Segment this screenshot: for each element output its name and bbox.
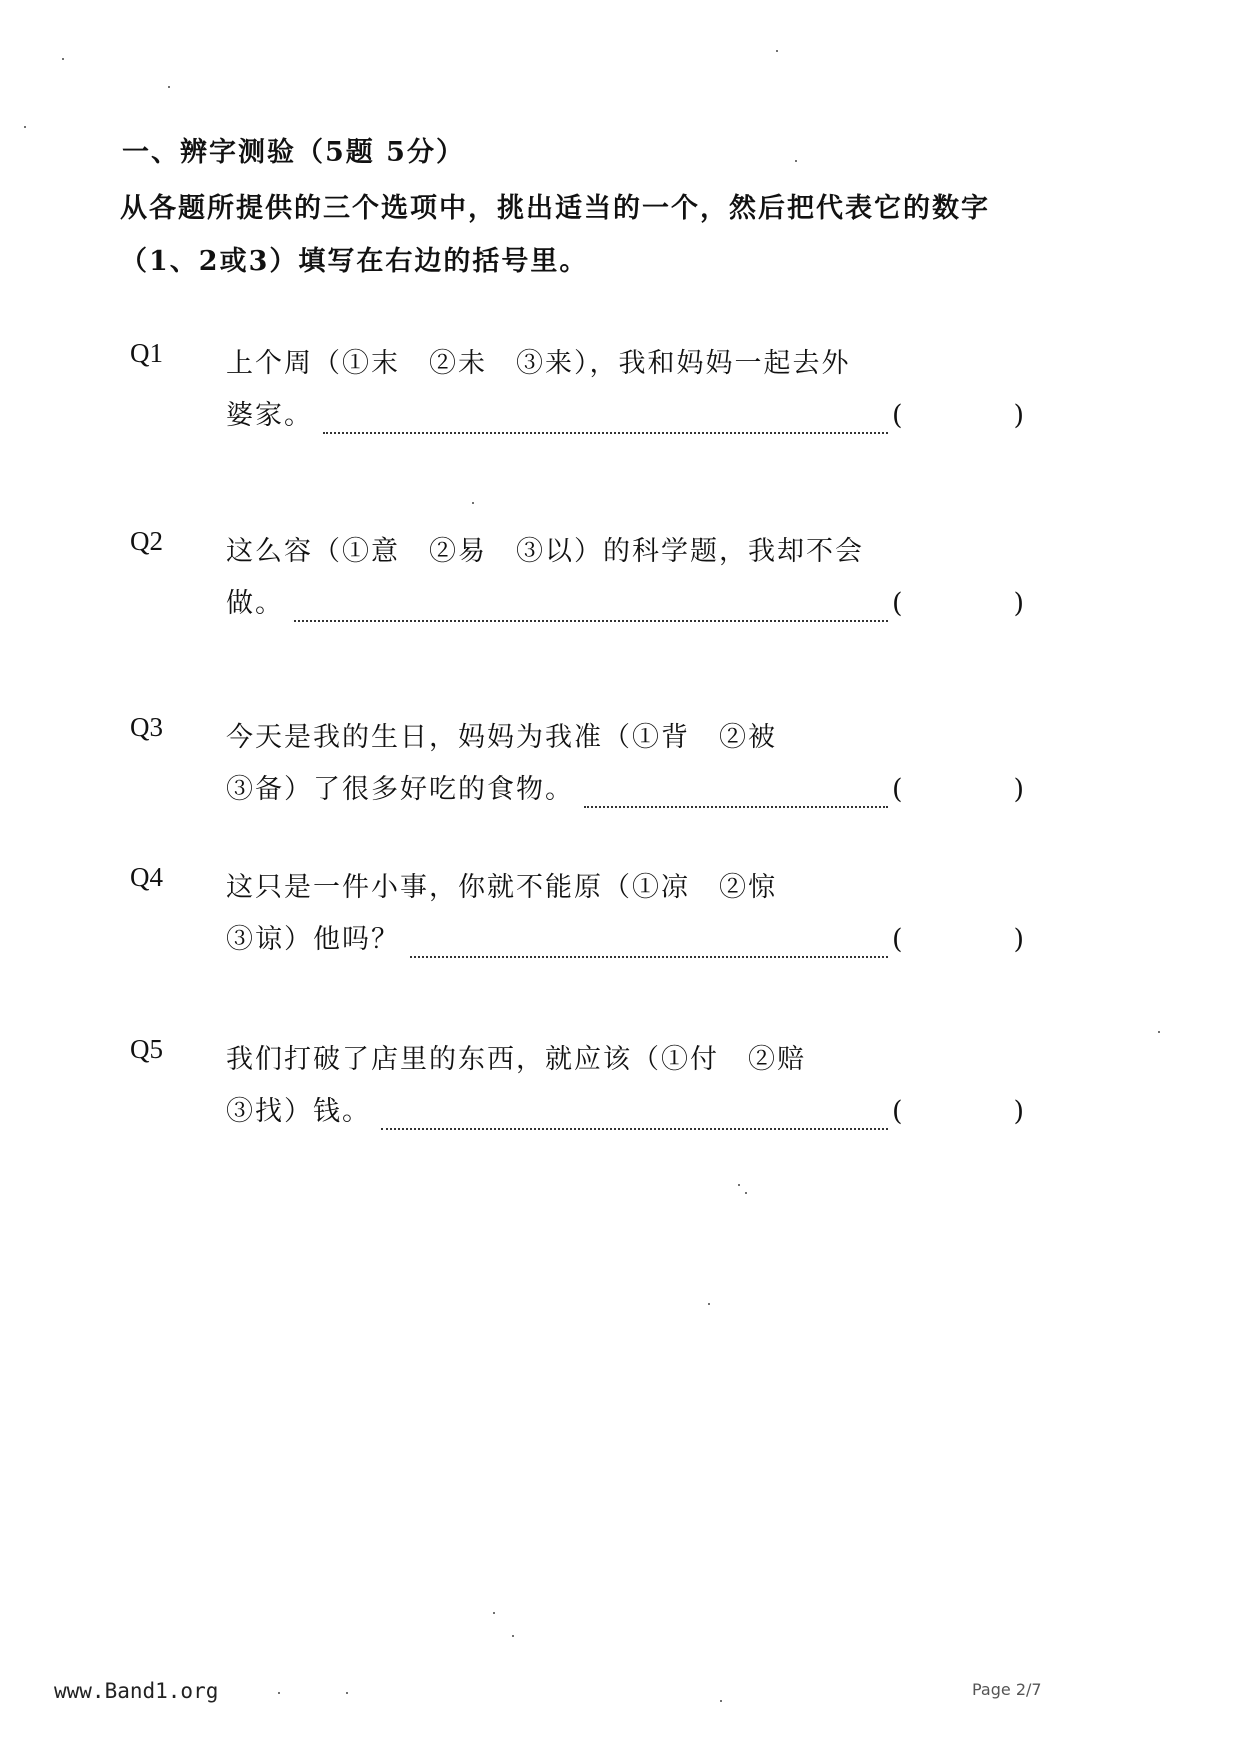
question-number: Q3 (130, 712, 163, 743)
dotted-leader (294, 619, 888, 622)
question-number: Q1 (130, 338, 163, 369)
answer-close-paren: ) (1013, 914, 1026, 966)
question-number: Q2 (130, 526, 163, 557)
scan-speck (24, 126, 26, 128)
answer-open-paren: ( (892, 764, 905, 816)
scan-speck (472, 502, 474, 504)
scan-speck (745, 1192, 747, 1194)
question-body: 我们打破了店里的东西，就应该（①付 ②赔 ③找）钱。 ( ) (226, 1034, 1026, 1138)
question-number: Q5 (130, 1034, 163, 1065)
answer-blank[interactable]: ( ) (892, 390, 1026, 442)
dotted-leader (410, 955, 888, 958)
question-text-line1: 上个周（①末 ②未 ③来），我和妈妈一起去外 (226, 338, 1026, 390)
question-text-line2: 婆家。 (226, 390, 313, 442)
question-text-line2: 做。 (226, 578, 284, 630)
instructions: 从各题所提供的三个选项中，挑出适当的一个，然后把代表它的数字（1、2或3）填写在… (120, 182, 1040, 288)
question-text-line1: 这么容（①意 ②易 ③以）的科学题，我却不会 (226, 526, 1026, 578)
answer-open-paren: ( (892, 914, 905, 966)
scan-speck (346, 1692, 348, 1694)
answer-open-paren: ( (892, 390, 905, 442)
scan-speck (795, 160, 797, 162)
answer-open-paren: ( (892, 578, 905, 630)
dotted-leader (323, 431, 888, 434)
answer-blank[interactable]: ( ) (892, 764, 1026, 816)
scan-speck (738, 1184, 740, 1186)
scan-speck (1158, 1031, 1160, 1033)
scan-speck (168, 86, 170, 88)
question-text-line2-row: ③找）钱。 ( ) (226, 1086, 1026, 1138)
question-body: 这么容（①意 ②易 ③以）的科学题，我却不会 做。 ( ) (226, 526, 1026, 630)
question-text-line1: 这只是一件小事，你就不能原（①凉 ②惊 (226, 862, 1026, 914)
question-text-line2: ③备）了很多好吃的食物。 (226, 764, 574, 816)
question-text-line2-row: 婆家。 ( ) (226, 390, 1026, 442)
question-text-line1: 我们打破了店里的东西，就应该（①付 ②赔 (226, 1034, 1026, 1086)
scan-speck (776, 50, 778, 52)
scan-speck (493, 1612, 495, 1614)
footer-website: www.Band1.org (54, 1679, 218, 1703)
answer-open-paren: ( (892, 1086, 905, 1138)
question-body: 上个周（①末 ②未 ③来），我和妈妈一起去外 婆家。 ( ) (226, 338, 1026, 442)
question-text-line2-row: ③谅）他吗？ ( ) (226, 914, 1026, 966)
answer-close-paren: ) (1013, 578, 1026, 630)
answer-blank[interactable]: ( ) (892, 914, 1026, 966)
answer-close-paren: ) (1013, 390, 1026, 442)
question-text-line2: ③谅）他吗？ (226, 914, 400, 966)
answer-blank[interactable]: ( ) (892, 578, 1026, 630)
question-text-line2: ③找）钱。 (226, 1086, 371, 1138)
question-body: 这只是一件小事，你就不能原（①凉 ②惊 ③谅）他吗？ ( ) (226, 862, 1026, 966)
scan-speck (512, 1635, 514, 1637)
question-body: 今天是我的生日，妈妈为我准（①背 ②被 ③备）了很多好吃的食物。 ( ) (226, 712, 1026, 816)
section-title: 一、辨字测验（5题 5分） (122, 130, 465, 169)
scan-speck (708, 1303, 710, 1305)
scan-speck (720, 1700, 722, 1702)
question-text-line2-row: ③备）了很多好吃的食物。 ( ) (226, 764, 1026, 816)
question-number: Q4 (130, 862, 163, 893)
dotted-leader (381, 1127, 888, 1130)
page-number: Page 2/7 (972, 1680, 1042, 1699)
answer-close-paren: ) (1013, 1086, 1026, 1138)
answer-close-paren: ) (1013, 764, 1026, 816)
question-text-line1: 今天是我的生日，妈妈为我准（①背 ②被 (226, 712, 1026, 764)
scan-speck (278, 1692, 280, 1694)
scan-speck (62, 58, 64, 60)
question-text-line2-row: 做。 ( ) (226, 578, 1026, 630)
answer-blank[interactable]: ( ) (892, 1086, 1026, 1138)
dotted-leader (584, 805, 888, 808)
